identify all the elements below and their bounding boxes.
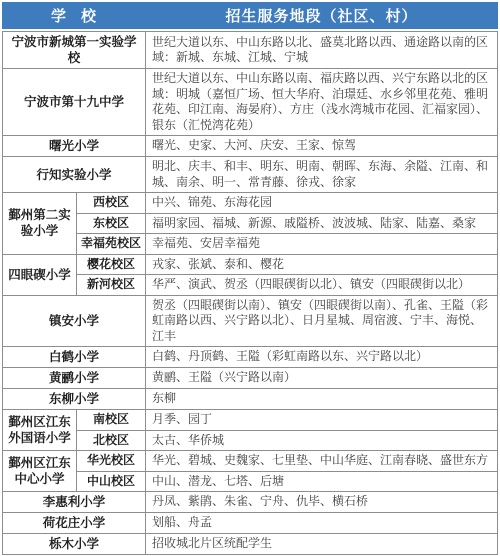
area-cell: 白鹤、丹顶鹤、王隘（彩虹南路以东、兴宁路以北） <box>146 347 498 368</box>
table-row: 曙光小学曙光、史家、大河、庆安、王家、惊驾 <box>3 136 498 157</box>
table-row: 宁波市第十九中学世纪大道以东、中山东路以南、福庆路以西、兴宁东路以北的区域：明城… <box>3 69 498 136</box>
table-row: 鄞州区江东外国语小学南校区月季、园丁 <box>3 410 498 431</box>
table-row: 鄞州第二实验小学西校区中兴、锦苑、东海花园 <box>3 193 498 214</box>
table-row: 北校区太古、华侨城 <box>3 430 498 451</box>
school-cell: 白鹤小学 <box>3 347 146 368</box>
area-cell: 黄鹂、王隘（兴宁路以南） <box>146 368 498 389</box>
school-cell: 李惠利小学 <box>3 492 146 513</box>
area-cell: 世纪大道以东、中山东路以南、福庆路以西、兴宁东路以北的区域：明城（嘉恒广场、恒大… <box>146 69 498 136</box>
area-cell: 曙光、史家、大河、庆安、王家、惊驾 <box>146 136 498 157</box>
school-cell: 荷花庄小学 <box>3 513 146 534</box>
area-cell: 划船、舟孟 <box>146 513 498 534</box>
area-cell: 月季、园丁 <box>146 410 498 431</box>
enrollment-table: 学 校 招生服务地段（社区、村） 宁波市新城第一实验学校世纪大道以东、中山东路以… <box>2 2 498 555</box>
school-column-header: 学 校 <box>2 5 145 26</box>
area-cell: 丹凤、紫鹃、朱雀、宁舟、仇毕、横石桥 <box>146 492 498 513</box>
table-row: 黄鹂小学黄鹂、王隘（兴宁路以南） <box>3 368 498 389</box>
table-row: 幸福苑校区幸福苑、安居幸福苑 <box>3 234 498 255</box>
table-row: 中山校区中山、潜龙、七塔、后塘 <box>3 471 498 492</box>
school-cell: 四眼碶小学 <box>3 254 77 295</box>
campus-cell: 中山校区 <box>77 471 146 492</box>
campus-cell: 幸福苑校区 <box>77 234 146 255</box>
table-row: 白鹤小学白鹤、丹顶鹤、王隘（彩虹南路以东、兴宁路以北） <box>3 347 498 368</box>
area-column-header: 招生服务地段（社区、村） <box>145 5 498 26</box>
table-row: 东校区福明家园、福城、新源、戚隘桥、波波城、陆家、陆嘉、桑家 <box>3 213 498 234</box>
table-header-row: 学 校 招生服务地段（社区、村） <box>2 2 498 29</box>
area-cell: 中山、潜龙、七塔、后塘 <box>146 471 498 492</box>
school-cell: 行知实验小学 <box>3 157 146 193</box>
school-cell: 宁波市新城第一实验学校 <box>3 32 146 69</box>
area-cell: 东柳 <box>146 389 498 410</box>
school-district-table: 宁波市新城第一实验学校世纪大道以东、中山东路以北、盛莫北路以西、通途路以南的区域… <box>2 31 498 555</box>
area-cell: 福明家园、福城、新源、戚隘桥、波波城、陆家、陆嘉、桑家 <box>146 213 498 234</box>
area-cell: 华光、碧城、史魏家、七里垫、中山华庭、江南春晓、盛世东方 <box>146 451 498 472</box>
campus-cell: 樱花校区 <box>77 254 146 275</box>
table-row: 新河校区华严、演武、贺丞（四眼碶街以北）、镇安（四眼碶街以北） <box>3 275 498 296</box>
area-cell: 华严、演武、贺丞（四眼碶街以北）、镇安（四眼碶街以北） <box>146 275 498 296</box>
campus-cell: 南校区 <box>77 410 146 431</box>
school-cell: 栎木小学 <box>3 534 146 555</box>
table-row: 宁波市新城第一实验学校世纪大道以东、中山东路以北、盛莫北路以西、通途路以南的区域… <box>3 32 498 69</box>
campus-cell: 华光校区 <box>77 451 146 472</box>
campus-cell: 东校区 <box>77 213 146 234</box>
campus-cell: 北校区 <box>77 430 146 451</box>
school-cell: 鄞州区江东外国语小学 <box>3 410 77 451</box>
area-cell: 招收城北片区统配学生 <box>146 534 498 555</box>
table-row: 东柳小学东柳 <box>3 389 498 410</box>
campus-cell: 西校区 <box>77 193 146 214</box>
school-cell: 曙光小学 <box>3 136 146 157</box>
school-cell: 镇安小学 <box>3 295 146 347</box>
table-row: 荷花庄小学划船、舟孟 <box>3 513 498 534</box>
table-row: 李惠利小学丹凤、紫鹃、朱雀、宁舟、仇毕、横石桥 <box>3 492 498 513</box>
area-cell: 太古、华侨城 <box>146 430 498 451</box>
area-cell: 戎家、张斌、泰和、樱花 <box>146 254 498 275</box>
school-table-body: 宁波市新城第一实验学校世纪大道以东、中山东路以北、盛莫北路以西、通途路以南的区域… <box>3 32 498 555</box>
school-cell: 宁波市第十九中学 <box>3 69 146 136</box>
school-cell: 东柳小学 <box>3 389 146 410</box>
area-cell: 明北、庆丰、和丰、明东、明南、朝晖、东海、余隘、江南、和城、南余、明一、常青藤、… <box>146 157 498 193</box>
school-cell: 鄞州区江东中心小学 <box>3 451 77 492</box>
area-cell: 世纪大道以东、中山东路以北、盛莫北路以西、通途路以南的区域：新城、东城、江城、宁… <box>146 32 498 69</box>
school-cell: 黄鹂小学 <box>3 368 146 389</box>
school-cell: 鄞州第二实验小学 <box>3 193 77 255</box>
area-cell: 贺丞（四眼碶街以南）、镇安（四眼碶街以南）、孔雀、王隘（彩虹南路以西、兴宁路以北… <box>146 295 498 347</box>
area-cell: 幸福苑、安居幸福苑 <box>146 234 498 255</box>
table-row: 镇安小学贺丞（四眼碶街以南）、镇安（四眼碶街以南）、孔雀、王隘（彩虹南路以西、兴… <box>3 295 498 347</box>
table-row: 栎木小学招收城北片区统配学生 <box>3 534 498 555</box>
table-row: 行知实验小学明北、庆丰、和丰、明东、明南、朝晖、东海、余隘、江南、和城、南余、明… <box>3 157 498 193</box>
area-cell: 中兴、锦苑、东海花园 <box>146 193 498 214</box>
table-row: 四眼碶小学樱花校区戎家、张斌、泰和、樱花 <box>3 254 498 275</box>
table-row: 鄞州区江东中心小学华光校区华光、碧城、史魏家、七里垫、中山华庭、江南春晓、盛世东… <box>3 451 498 472</box>
campus-cell: 新河校区 <box>77 275 146 296</box>
